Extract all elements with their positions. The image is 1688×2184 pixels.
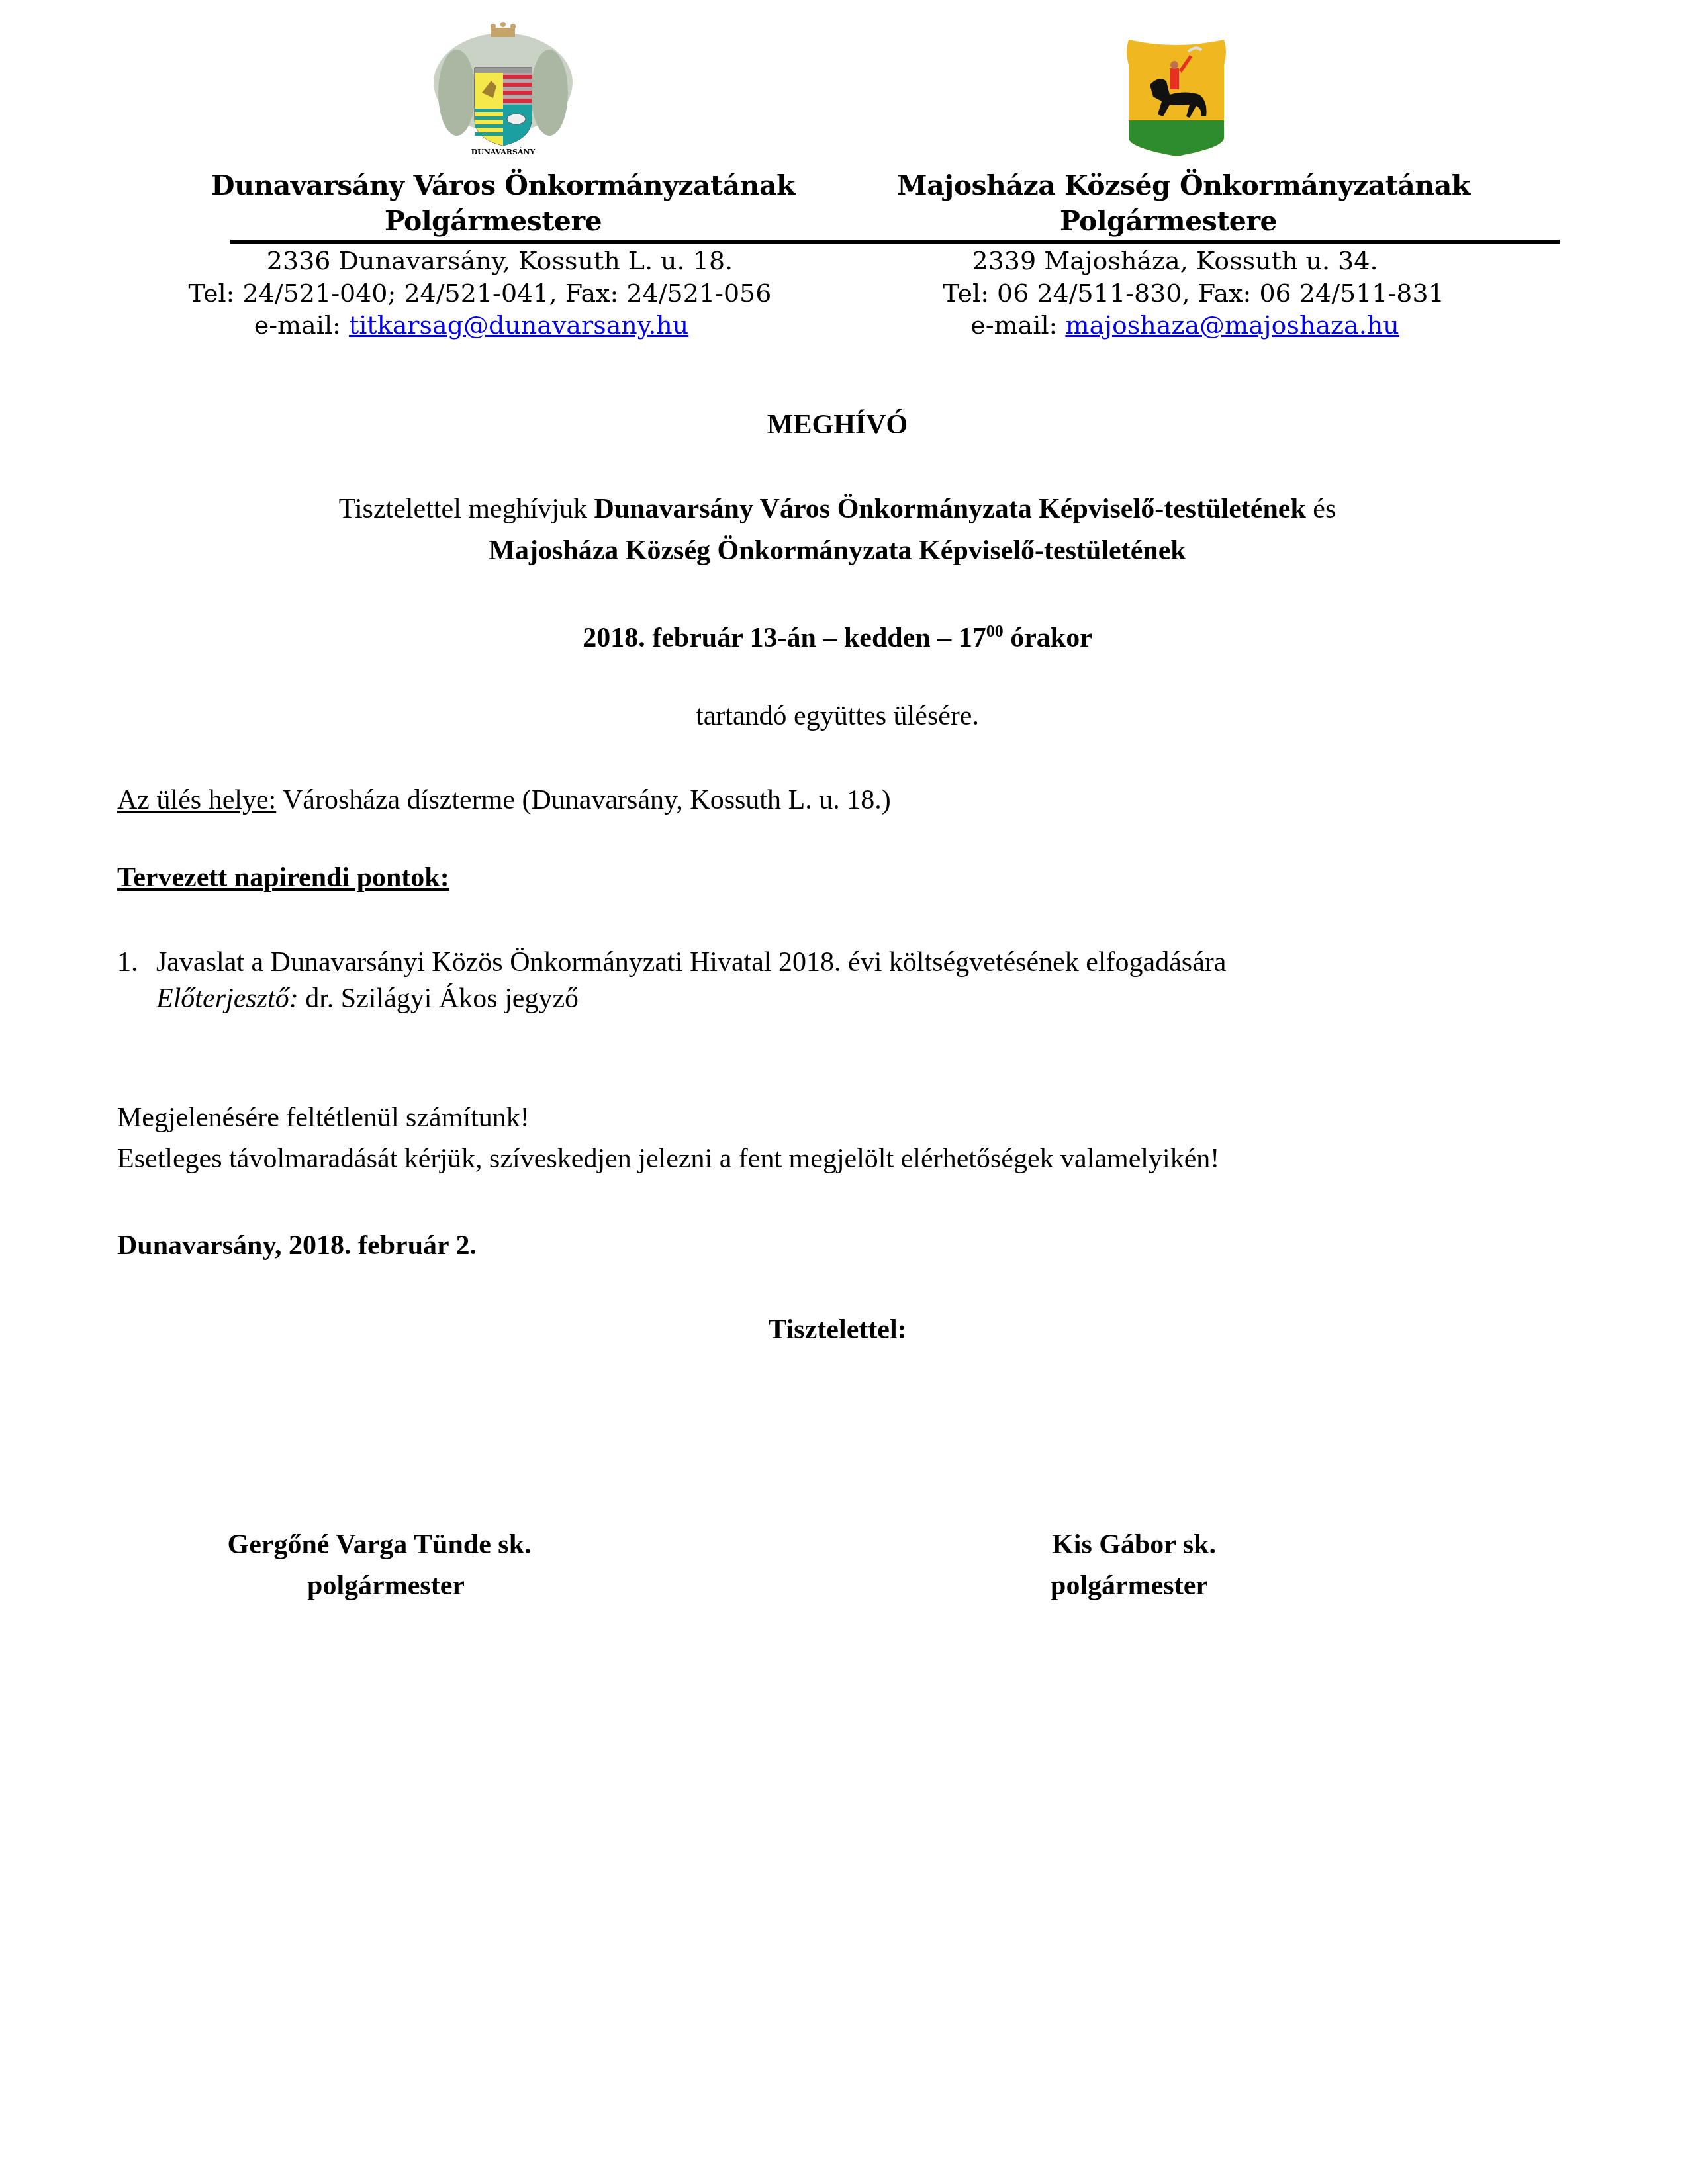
majoshaza-coat-of-arms-icon <box>1123 38 1229 158</box>
svg-text:DUNAVARSÁNY: DUNAVARSÁNY <box>471 147 536 156</box>
signature-role-left: polgármester <box>307 1570 465 1602</box>
document-title: MEGHÍVÓ <box>767 409 908 441</box>
right-address: 2339 Majosháza, Kossuth u. 34. <box>972 246 1378 275</box>
invite-body-1: Dunavarsány Város Önkormányzata Képvisel… <box>594 494 1305 524</box>
right-email-line: e-mail: majoshaza@majoshaza.hu <box>970 310 1399 340</box>
left-address: 2336 Dunavarsány, Kossuth L. u. 18. <box>267 246 733 275</box>
venue-line: Az ülés helye: Városháza díszterme (Duna… <box>117 784 891 816</box>
datetime-main: 2018. február 13-án – kedden – 17 <box>583 623 986 653</box>
left-org-title: Dunavarsány Város Önkormányzatának <box>211 169 795 201</box>
signature-role-right: polgármester <box>1051 1570 1208 1602</box>
left-phone: Tel: 24/521-040; 24/521-041, Fax: 24/521… <box>189 279 772 308</box>
agenda-item-number: 1. <box>117 946 138 978</box>
agenda-item-text: Javaslat a Dunavarsányi Közös Önkormányz… <box>156 946 1226 978</box>
invite-line-2: Majosháza Község Önkormányzata Képviselő… <box>489 535 1186 567</box>
agenda-item-presenter: Előterjesztő: dr. Szilágyi Ákos jegyző <box>156 983 579 1015</box>
presenter-label: Előterjesztő: <box>156 983 299 1014</box>
regards: Tisztelettel: <box>768 1314 906 1345</box>
place-date: Dunavarsány, 2018. február 2. <box>117 1230 477 1261</box>
closing-line-1: Megjelenésére feltétlenül számítunk! <box>117 1102 530 1134</box>
dunavarsany-coat-of-arms-icon: DUNAVARSÁNY <box>430 20 576 156</box>
closing-line-2: Esetleges távolmaradását kérjük, szívesk… <box>117 1143 1219 1175</box>
left-org-subtitle: Polgármestere <box>385 205 602 237</box>
agenda-heading: Tervezett napirendi pontok: <box>117 862 449 893</box>
right-org-subtitle: Polgármestere <box>1060 205 1277 237</box>
invite-prefix: Tisztelettel meghívjuk <box>339 494 594 524</box>
left-email-line: e-mail: titkarsag@dunavarsany.hu <box>254 310 689 340</box>
invite-conjunction: és <box>1306 494 1336 524</box>
datetime-suffix: órakor <box>1004 623 1092 653</box>
right-email-label: e-mail: <box>970 310 1065 340</box>
right-phone: Tel: 06 24/511-830, Fax: 06 24/511-831 <box>943 279 1444 308</box>
right-email-link[interactable]: majoshaza@majoshaza.hu <box>1065 310 1399 340</box>
signature-name-right: Kis Gábor sk. <box>1052 1529 1216 1561</box>
right-org-title: Majosháza Község Önkormányzatának <box>897 169 1470 201</box>
venue-value: Városháza díszterme (Dunavarsány, Kossut… <box>276 785 890 815</box>
left-email-label: e-mail: <box>254 310 349 340</box>
venue-label: Az ülés helye: <box>117 785 276 815</box>
meeting-datetime: 2018. február 13-án – kedden – 1700 órak… <box>583 622 1092 654</box>
meeting-held-text: tartandó együttes ülésére. <box>696 700 979 732</box>
signature-name-left: Gergőné Varga Tünde sk. <box>228 1529 532 1561</box>
invite-line-1: Tisztelettel meghívjuk Dunavarsány Város… <box>339 493 1336 525</box>
header-divider <box>230 240 1560 244</box>
presenter-name: dr. Szilágyi Ákos jegyző <box>299 983 579 1014</box>
datetime-minutes: 00 <box>986 621 1004 641</box>
left-email-link[interactable]: titkarsag@dunavarsany.hu <box>349 310 688 340</box>
